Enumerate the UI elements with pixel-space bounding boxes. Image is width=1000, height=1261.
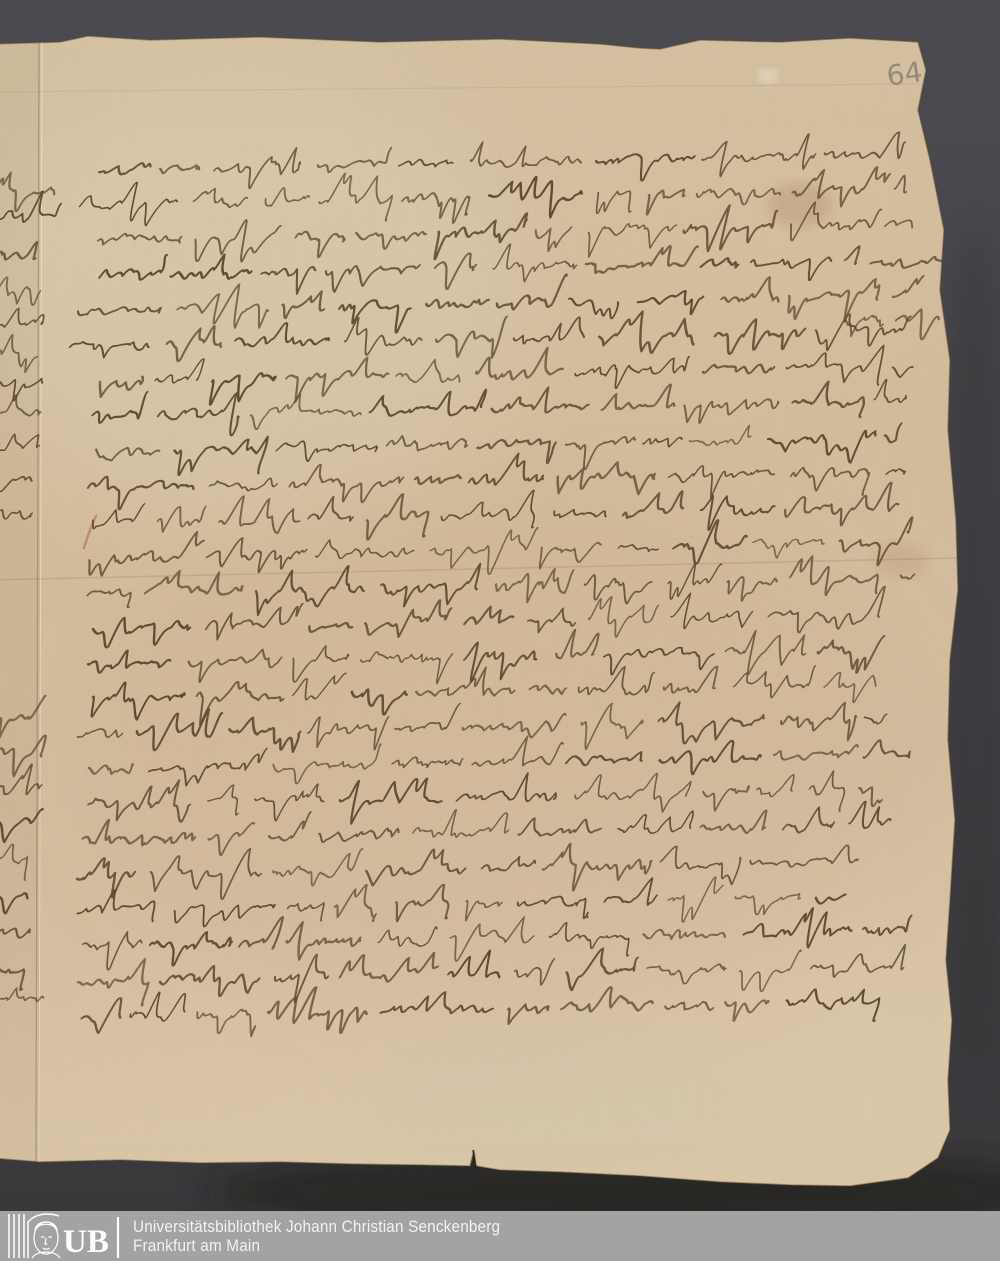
ub-monogram: UB <box>63 1224 109 1260</box>
scan-viewport: 64 <box>0 0 1000 1261</box>
ub-logo: UB <box>2 1211 127 1261</box>
library-city: Frankfurt am Main <box>133 1236 500 1256</box>
footer-bar: UB Universitätsbibliothek Johann Christi… <box>0 1211 1000 1261</box>
folio-number-pencil: 64 <box>884 55 924 93</box>
goethe-portrait-icon <box>32 1222 60 1258</box>
library-name: Universitätsbibliothek Johann Christian … <box>133 1217 500 1237</box>
manuscript-page: 64 <box>0 0 1000 1211</box>
